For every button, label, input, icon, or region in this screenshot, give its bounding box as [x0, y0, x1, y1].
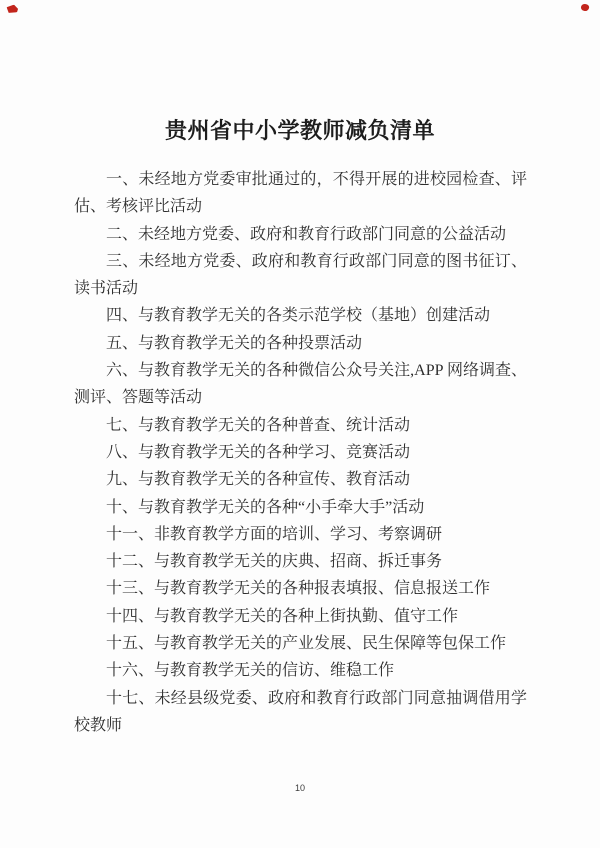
list-item: 五、与教育教学无关的各种投票活动: [74, 330, 527, 357]
list-item: 九、与教育教学无关的各种宣传、教育活动: [74, 466, 527, 493]
list-item: 十四、与教育教学无关的各种上街执勤、值守工作: [74, 603, 527, 630]
red-corner-mark-left: [6, 4, 18, 14]
list-item: 十五、与教育教学无关的产业发展、民生保障等包保工作: [74, 630, 527, 657]
red-corner-mark-right: [580, 3, 590, 12]
list-item: 八、与教育教学无关的各种学习、竞赛活动: [74, 439, 527, 466]
document-body: 一、未经地方党委审批通过的，不得开展的进校园检查、评估、考核评比活动 二、未经地…: [74, 166, 527, 739]
page-title: 贵州省中小学教师减负清单: [0, 118, 600, 144]
list-item: 二、未经地方党委、政府和教育行政部门同意的公益活动: [74, 221, 527, 248]
list-item: 十六、与教育教学无关的信访、维稳工作: [74, 657, 527, 684]
list-item: 三、未经地方党委、政府和教育行政部门同意的图书征订、读书活动: [74, 248, 527, 303]
list-item: 一、未经地方党委审批通过的，不得开展的进校园检查、评估、考核评比活动: [74, 166, 527, 221]
list-item: 七、与教育教学无关的各种普查、统计活动: [74, 412, 527, 439]
list-item: 十七、未经县级党委、政府和教育行政部门同意抽调借用学校教师: [74, 685, 527, 740]
list-item: 十、与教育教学无关的各种“小手牵大手”活动: [74, 494, 527, 521]
page-number: 10: [0, 783, 600, 793]
list-item: 六、与教育教学无关的各种微信公众号关注,APP 网络调查、测评、答题等活动: [74, 357, 527, 412]
list-item: 十三、与教育教学无关的各种报表填报、信息报送工作: [74, 575, 527, 602]
list-item: 四、与教育教学无关的各类示范学校（基地）创建活动: [74, 302, 527, 329]
document-page: 贵州省中小学教师减负清单 一、未经地方党委审批通过的，不得开展的进校园检查、评估…: [0, 0, 600, 848]
list-item: 十一、非教育教学方面的培训、学习、考察调研: [74, 521, 527, 548]
list-item: 十二、与教育教学无关的庆典、招商、拆迁事务: [74, 548, 527, 575]
